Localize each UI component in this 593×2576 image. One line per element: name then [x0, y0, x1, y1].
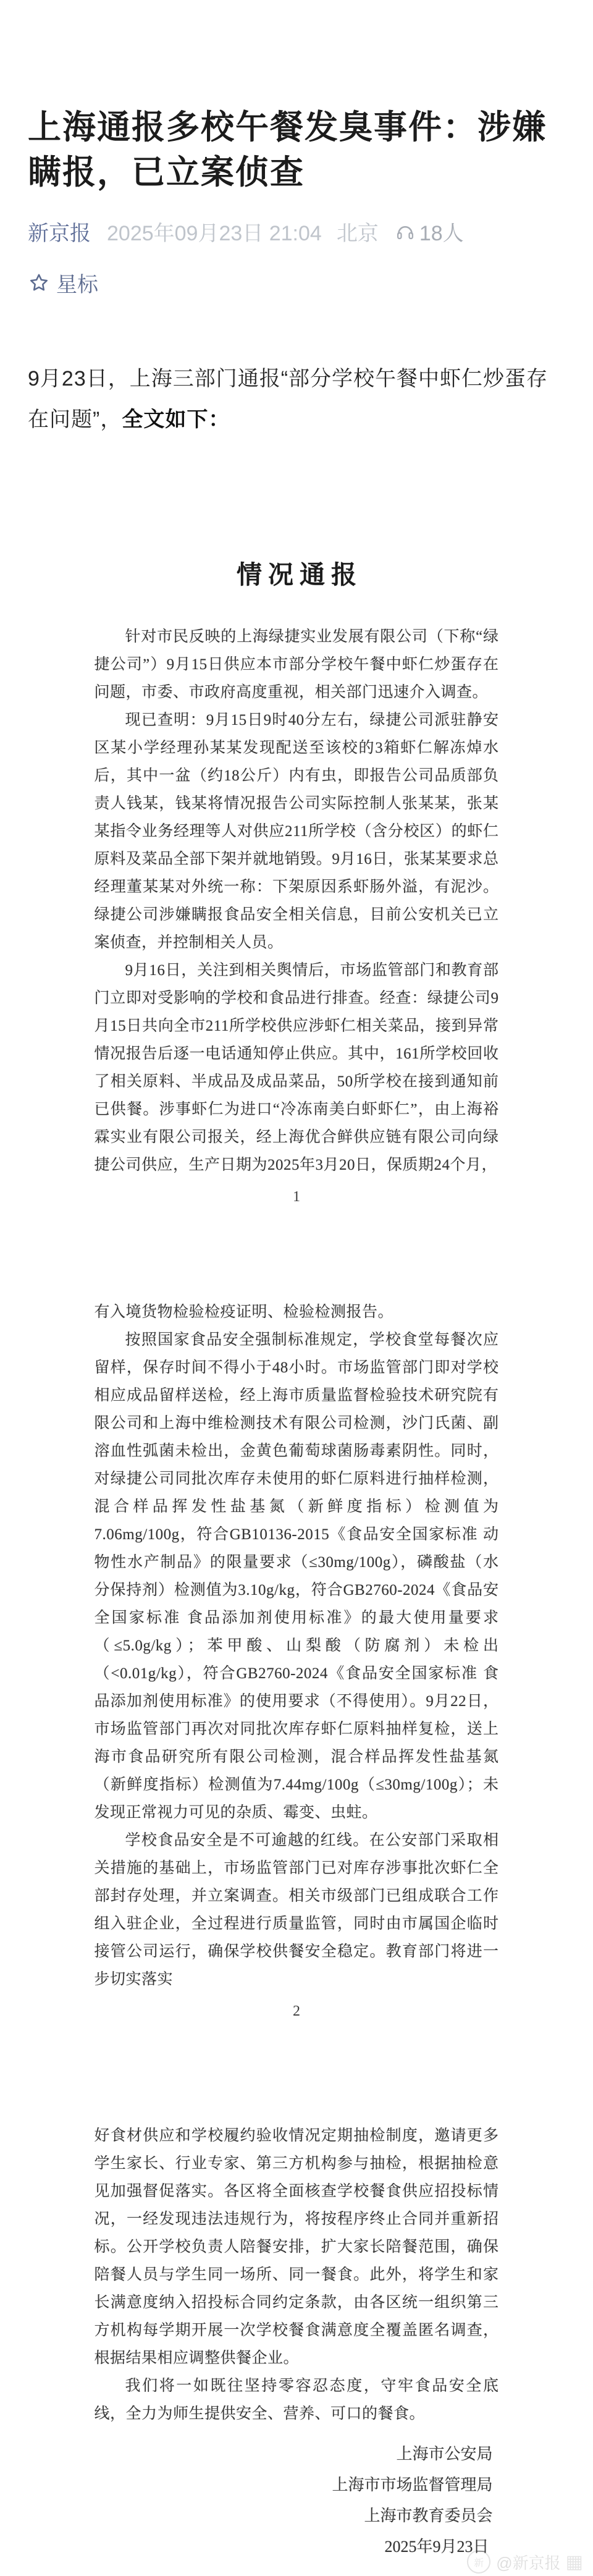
notice-paragraph: 现已查明：9月15日9时40分左右，绿捷公司派驻静安区某小学经理孙某某发现配送至… [95, 706, 499, 956]
star-label: 星标 [56, 268, 98, 298]
publish-location: 北京 [337, 216, 379, 247]
notice-paragraph: 针对市民反映的上海绿捷实业发展有限公司（下称“绿捷公司”）9月15日供应本市部分… [95, 623, 499, 706]
notice-paragraph: 按照国家食品安全强制标准规定，学校食堂每餐次应留样，保存时间不得小于48小时。市… [95, 1326, 499, 1826]
lead-bold-text: 全文如下： [122, 408, 230, 431]
signature-block: 上海市公安局 上海市市场监督管理局 上海市教育委员会 2025年9月23日 [95, 2439, 499, 2562]
watermark-text: @新京报 [496, 2551, 560, 2574]
notice-paragraph: 学校食品安全是不可逾越的红线。在公安部门采取相关措施的基础上，市场监管部门已对库… [95, 1826, 499, 1993]
signature-line: 上海市公安局 [95, 2439, 499, 2470]
byline: 新京报 2025年09月23日 21:04 北京 18人 [28, 216, 565, 247]
article-page: 上海通报多校午餐发臭事件：涉嫌瞒报，已立案侦查 新京报 2025年09月23日 … [0, 0, 593, 2576]
notice-page-1: 针对市民反映的上海绿捷实业发展有限公司（下称“绿捷公司”）9月15日供应本市部分… [95, 623, 499, 1206]
listen-button[interactable]: 18人 [395, 216, 464, 247]
watermark-logo-icon: 新 [467, 2550, 490, 2574]
signature-line: 上海市市场监督管理局 [95, 2470, 499, 2501]
headphones-icon [395, 221, 419, 242]
star-icon [28, 272, 56, 294]
notice-paragraph: 好食材供应和学校履约验收情况定期抽检制度，邀请更多学生家长、行业专家、第三方机构… [95, 2122, 499, 2372]
page-title: 上海通报多校午餐发臭事件：涉嫌瞒报，已立案侦查 [28, 105, 565, 195]
lead-text: 9月23日，上海三部门通报“部分学校午餐中虾仁炒蛋存在问题”， [28, 367, 548, 431]
notice-title: 情况通报 [95, 554, 499, 591]
notice-page-3: 好食材供应和学校履约验收情况定期抽检制度，邀请更多学生家长、行业专家、第三方机构… [95, 2122, 499, 2562]
source-link[interactable]: 新京报 [28, 216, 91, 247]
star-button[interactable]: 星标 [28, 268, 565, 298]
notice-scan-image[interactable]: 情况通报 针对市民反映的上海绿捷实业发展有限公司（下称“绿捷公司”）9月15日供… [95, 554, 499, 2562]
listen-count: 18人 [419, 216, 464, 247]
article-lead: 9月23日，上海三部门通报“部分学校午餐中虾仁炒蛋存在问题”，全文如下： [28, 358, 565, 440]
notice-date: 2025年9月23日 [95, 2532, 499, 2562]
watermark-block-icon: ▦ [566, 2551, 583, 2573]
page-number: 1 [95, 1189, 499, 1206]
signature-line: 上海市教育委员会 [95, 2501, 499, 2532]
publish-date: 2025年09月23日 21:04 [107, 216, 322, 247]
notice-page-2: 有入境货物检验检疫证明、检验检测报告。 按照国家食品安全强制标准规定，学校食堂每… [95, 1298, 499, 2020]
notice-paragraph: 有入境货物检验检疫证明、检验检测报告。 [95, 1298, 499, 1326]
page-number: 2 [95, 2003, 499, 2020]
notice-paragraph: 我们将一如既往坚持零容忍态度，守牢食品安全底线，全力为师生提供安全、营养、可口的… [95, 2372, 499, 2428]
notice-paragraph: 9月16日，关注到相关舆情后，市场监管部门和教育部门立即对受影响的学校和食品进行… [95, 956, 499, 1179]
watermark: 新 @新京报 ▦ [467, 2550, 583, 2574]
